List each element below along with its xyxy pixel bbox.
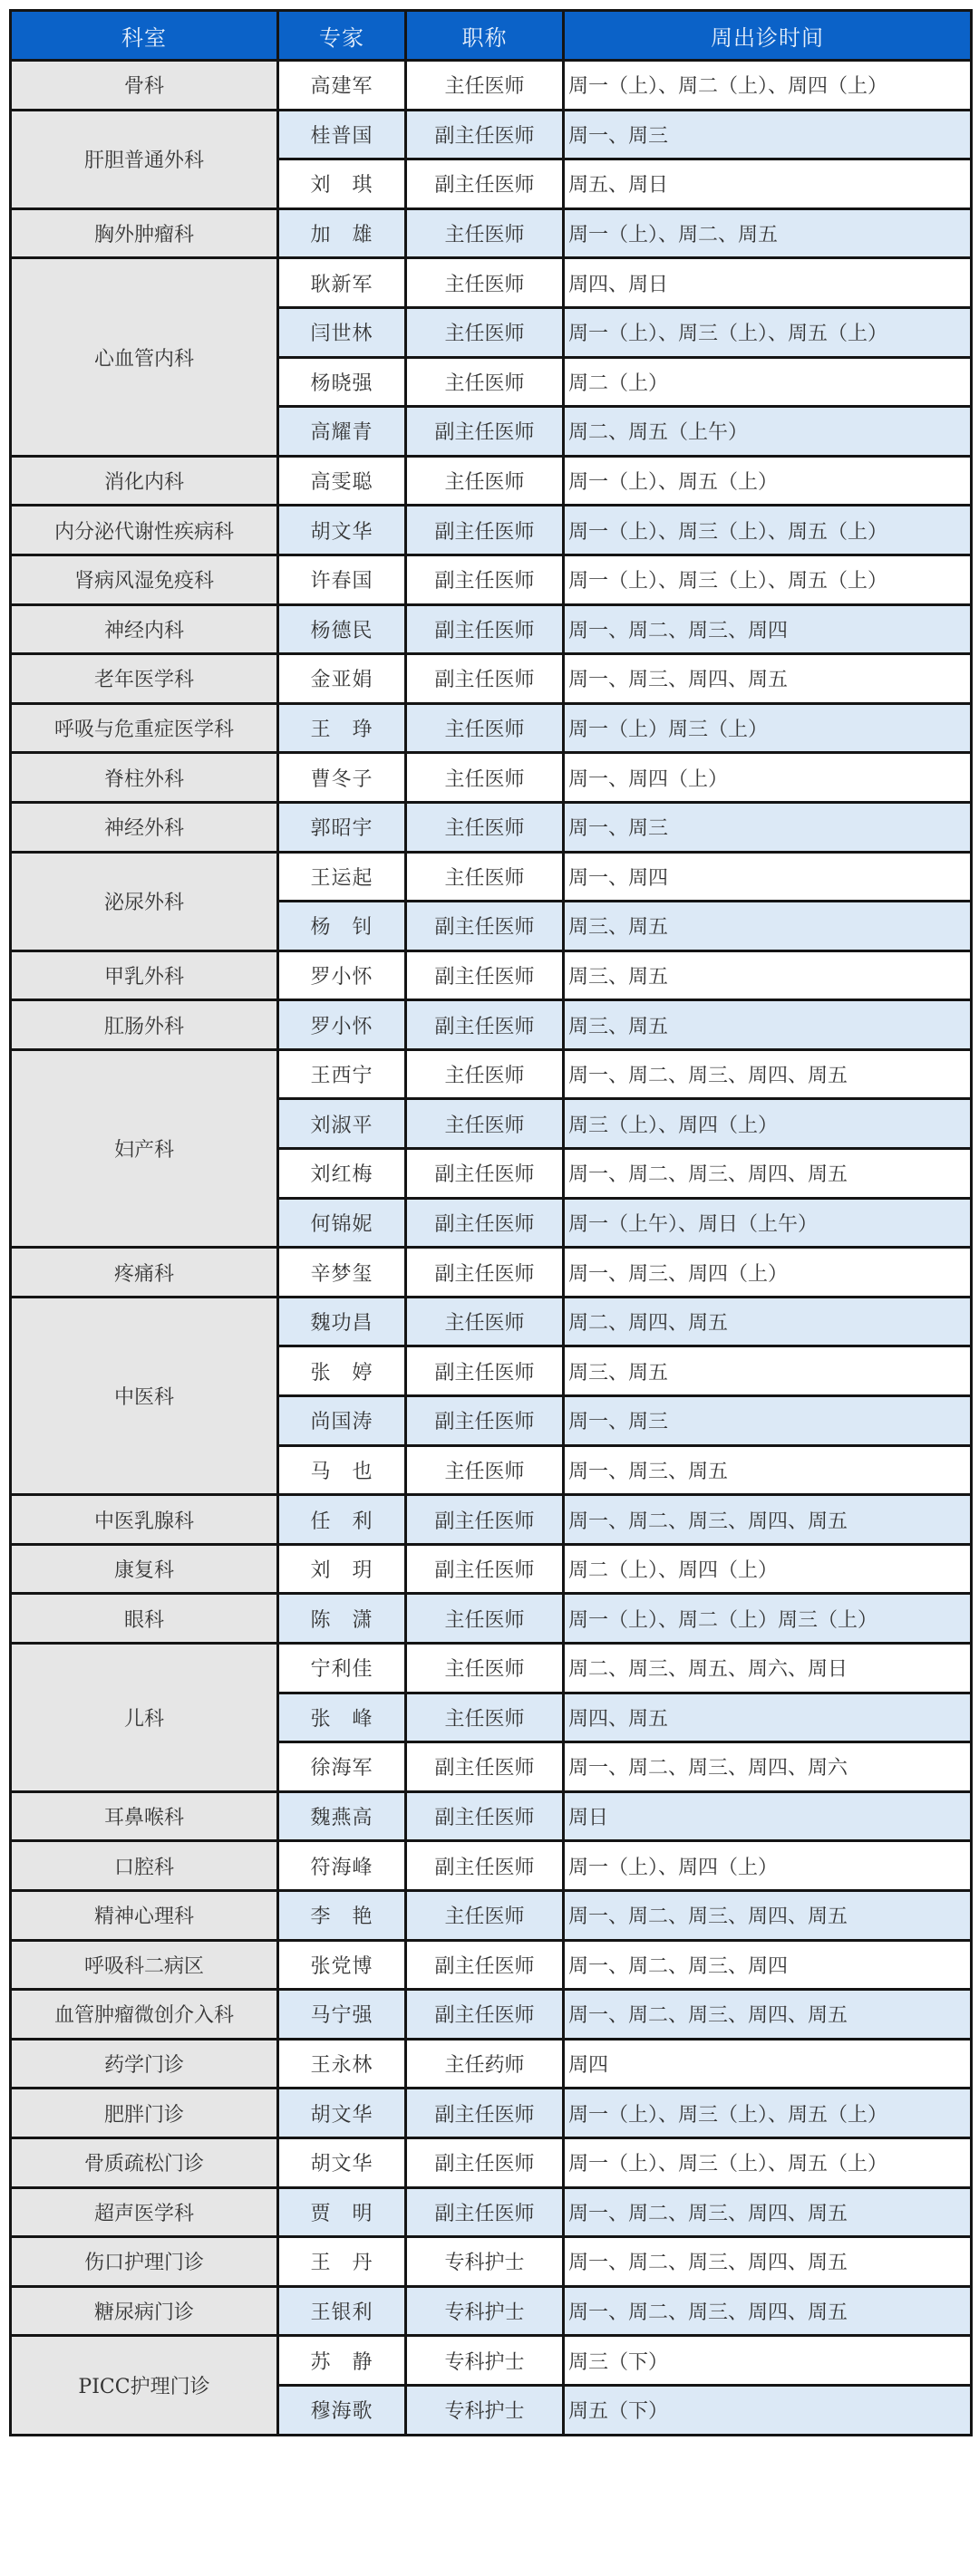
schedule-cell: 周一（上）、周三（上）、周五（上） <box>564 2089 972 2138</box>
schedule-cell: 周一、周三、周四、周五 <box>564 654 972 704</box>
expert-name-cell: 苏 静 <box>278 2336 406 2386</box>
expert-title-cell: 副主任医师 <box>406 1791 564 1841</box>
department-cell: 消化内科 <box>11 456 278 506</box>
expert-name-cell: 胡文华 <box>278 2089 406 2138</box>
expert-title-cell: 主任医师 <box>406 1693 564 1742</box>
schedule-cell: 周一（上）、周三（上）、周五（上） <box>564 506 972 555</box>
expert-title-cell: 副主任医师 <box>406 110 564 159</box>
table-row: 呼吸科二病区张党博副主任医师周一、周二、周三、周四 <box>11 1940 972 1990</box>
expert-title-cell: 专科护士 <box>406 2237 564 2287</box>
expert-name-cell: 马 也 <box>278 1445 406 1495</box>
department-cell: 超声医学科 <box>11 2187 278 2237</box>
schedule-cell: 周一、周二、周三、周四 <box>564 604 972 654</box>
expert-title-cell: 主任医师 <box>406 61 564 111</box>
table-row: 心血管内科耿新军主任医师周四、周日 <box>11 258 972 308</box>
schedule-cell: 周四 <box>564 2039 972 2089</box>
expert-name-cell: 王运起 <box>278 852 406 902</box>
expert-name-cell: 王 丹 <box>278 2237 406 2287</box>
expert-name-cell: 罗小怀 <box>278 950 406 1000</box>
expert-name-cell: 穆海歌 <box>278 2385 406 2435</box>
department-cell: 眼科 <box>11 1594 278 1644</box>
expert-title-cell: 主任医师 <box>406 703 564 753</box>
table-row: 疼痛科辛梦玺副主任医师周一、周三、周四（上） <box>11 1248 972 1298</box>
expert-title-cell: 副主任医师 <box>406 2187 564 2237</box>
expert-title-cell: 主任医师 <box>406 852 564 902</box>
expert-title-cell: 主任医师 <box>406 1049 564 1099</box>
schedule-cell: 周一（上）、周五（上） <box>564 456 972 506</box>
expert-name-cell: 刘 琪 <box>278 159 406 209</box>
expert-name-cell: 郭昭宇 <box>278 802 406 852</box>
table-row: 超声医学科贾 明副主任医师周一、周二、周三、周四、周五 <box>11 2187 972 2237</box>
table-row: PICC护理门诊苏 静专科护士周三（下） <box>11 2336 972 2386</box>
table-row: 肝胆普通外科桂普国副主任医师周一、周三 <box>11 110 972 159</box>
table-row: 骨科高建军主任医师周一（上）、周二（上）、周四（上） <box>11 61 972 111</box>
expert-name-cell: 高雯聪 <box>278 456 406 506</box>
schedule-cell: 周一（上）、周三（上）、周五（上） <box>564 2137 972 2187</box>
schedule-cell: 周一（上）、周二（上）、周四（上） <box>564 61 972 111</box>
table-row: 肥胖门诊胡文华副主任医师周一（上）、周三（上）、周五（上） <box>11 2089 972 2138</box>
expert-title-cell: 副主任医师 <box>406 555 564 604</box>
department-cell: 呼吸科二病区 <box>11 1940 278 1990</box>
table-row: 药学门诊王永林主任药师周四 <box>11 2039 972 2089</box>
expert-title-cell: 主任医师 <box>406 357 564 407</box>
department-cell: 肾病风湿免疫科 <box>11 555 278 604</box>
expert-title-cell: 主任医师 <box>406 1445 564 1495</box>
expert-title-cell: 副主任医师 <box>406 1396 564 1446</box>
schedule-cell: 周一、周二、周三、周四、周五 <box>564 1049 972 1099</box>
department-cell: 中医乳腺科 <box>11 1495 278 1545</box>
expert-name-cell: 加 雄 <box>278 208 406 258</box>
table-row: 胸外肿瘤科加 雄主任医师周一（上）、周二、周五 <box>11 208 972 258</box>
department-cell: 胸外肿瘤科 <box>11 208 278 258</box>
department-cell: 神经内科 <box>11 604 278 654</box>
schedule-cell: 周一、周三、周五 <box>564 1445 972 1495</box>
expert-title-cell: 副主任医师 <box>406 1940 564 1990</box>
table-row: 眼科陈 潇主任医师周一（上）、周二（上）周三（上） <box>11 1594 972 1644</box>
schedule-cell: 周一、周二、周三、周四、周五 <box>564 2187 972 2237</box>
header-schedule: 周出诊时间 <box>564 11 972 61</box>
expert-name-cell: 金亚娟 <box>278 654 406 704</box>
department-cell: 康复科 <box>11 1544 278 1594</box>
expert-name-cell: 张党博 <box>278 1940 406 1990</box>
expert-name-cell: 胡文华 <box>278 2137 406 2187</box>
table-row: 糖尿病门诊王银利专科护士周一、周二、周三、周四、周五 <box>11 2286 972 2336</box>
schedule-cell: 周一、周二、周三、周四、周五 <box>564 1990 972 2040</box>
department-cell: 耳鼻喉科 <box>11 1791 278 1841</box>
schedule-cell: 周三、周五 <box>564 1000 972 1050</box>
table-row: 中医科魏功昌主任医师周二、周四、周五 <box>11 1297 972 1346</box>
expert-title-cell: 主任医师 <box>406 753 564 803</box>
department-cell: 老年医学科 <box>11 654 278 704</box>
expert-title-cell: 主任医师 <box>406 208 564 258</box>
schedule-cell: 周一（上）、周四（上） <box>564 1841 972 1891</box>
table-row: 口腔科符海峰副主任医师周一（上）、周四（上） <box>11 1841 972 1891</box>
schedule-cell: 周三（下） <box>564 2336 972 2386</box>
expert-name-cell: 张 婷 <box>278 1346 406 1396</box>
schedule-cell: 周一（上）、周二、周五 <box>564 208 972 258</box>
expert-title-cell: 副主任医师 <box>406 159 564 209</box>
expert-title-cell: 主任医师 <box>406 1890 564 1940</box>
expert-title-cell: 副主任医师 <box>406 1149 564 1199</box>
expert-title-cell: 副主任医师 <box>406 506 564 555</box>
table-row: 脊柱外科曹冬子主任医师周一、周四（上） <box>11 753 972 803</box>
expert-title-cell: 主任医师 <box>406 1644 564 1693</box>
department-cell: 中医科 <box>11 1297 278 1494</box>
department-cell: 血管肿瘤微创介入科 <box>11 1990 278 2040</box>
table-row: 肛肠外科罗小怀副主任医师周三、周五 <box>11 1000 972 1050</box>
schedule-cell: 周一、周二、周三、周四、周六 <box>564 1742 972 1792</box>
expert-name-cell: 王 琤 <box>278 703 406 753</box>
department-cell: 甲乳外科 <box>11 950 278 1000</box>
schedule-cell: 周三、周五 <box>564 1346 972 1396</box>
expert-name-cell: 高耀青 <box>278 407 406 457</box>
expert-name-cell: 王银利 <box>278 2286 406 2336</box>
expert-title-cell: 副主任医师 <box>406 1742 564 1792</box>
table-row: 消化内科高雯聪主任医师周一（上）、周五（上） <box>11 456 972 506</box>
department-cell: 脊柱外科 <box>11 753 278 803</box>
expert-title-cell: 副主任医师 <box>406 1544 564 1594</box>
department-cell: 妇产科 <box>11 1049 278 1247</box>
schedule-cell: 周二、周五（上午） <box>564 407 972 457</box>
schedule-cell: 周日 <box>564 1791 972 1841</box>
table-row: 血管肿瘤微创介入科马宁强副主任医师周一、周二、周三、周四、周五 <box>11 1990 972 2040</box>
expert-name-cell: 杨晓强 <box>278 357 406 407</box>
expert-name-cell: 张 峰 <box>278 1693 406 1742</box>
department-cell: 药学门诊 <box>11 2039 278 2089</box>
expert-name-cell: 尚国涛 <box>278 1396 406 1446</box>
schedule-cell: 周一、周二、周三、周四、周五 <box>564 1890 972 1940</box>
department-cell: 骨科 <box>11 61 278 111</box>
expert-name-cell: 高建军 <box>278 61 406 111</box>
table-row: 儿科宁利佳主任医师周二、周三、周五、周六、周日 <box>11 1644 972 1693</box>
expert-name-cell: 任 利 <box>278 1495 406 1545</box>
table-row: 甲乳外科罗小怀副主任医师周三、周五 <box>11 950 972 1000</box>
schedule-cell: 周一、周二、周三、周四、周五 <box>564 2237 972 2287</box>
department-cell: 骨质疏松门诊 <box>11 2137 278 2187</box>
schedule-cell: 周一（上）、周三（上）、周五（上） <box>564 555 972 604</box>
expert-name-cell: 符海峰 <box>278 1841 406 1891</box>
department-cell: 伤口护理门诊 <box>11 2237 278 2287</box>
expert-title-cell: 主任药师 <box>406 2039 564 2089</box>
expert-title-cell: 副主任医师 <box>406 407 564 457</box>
expert-title-cell: 副主任医师 <box>406 1346 564 1396</box>
expert-name-cell: 桂普国 <box>278 110 406 159</box>
schedule-cell: 周五（下） <box>564 2385 972 2435</box>
expert-title-cell: 副主任医师 <box>406 2089 564 2138</box>
expert-name-cell: 何锦妮 <box>278 1198 406 1248</box>
schedule-cell: 周五、周日 <box>564 159 972 209</box>
table-row: 神经内科杨德民副主任医师周一、周二、周三、周四 <box>11 604 972 654</box>
table-row: 骨质疏松门诊胡文华副主任医师周一（上）、周三（上）、周五（上） <box>11 2137 972 2187</box>
expert-name-cell: 魏燕高 <box>278 1791 406 1841</box>
expert-title-cell: 副主任医师 <box>406 902 564 951</box>
department-cell: PICC护理门诊 <box>11 2336 278 2435</box>
expert-name-cell: 曹冬子 <box>278 753 406 803</box>
schedule-cell: 周一（上）、周三（上）、周五（上） <box>564 307 972 357</box>
header-row: 科室 专家 职称 周出诊时间 <box>11 11 972 61</box>
expert-name-cell: 魏功昌 <box>278 1297 406 1346</box>
expert-title-cell: 主任医师 <box>406 1594 564 1644</box>
schedule-cell: 周一、周四 <box>564 852 972 902</box>
department-cell: 肝胆普通外科 <box>11 110 278 208</box>
expert-title-cell: 副主任医师 <box>406 1000 564 1050</box>
expert-title-cell: 主任医师 <box>406 258 564 308</box>
table-row: 神经外科郭昭宇主任医师周一、周三 <box>11 802 972 852</box>
expert-name-cell: 刘淑平 <box>278 1099 406 1149</box>
expert-name-cell: 宁利佳 <box>278 1644 406 1693</box>
department-cell: 糖尿病门诊 <box>11 2286 278 2336</box>
header-title: 职称 <box>406 11 564 61</box>
expert-title-cell: 副主任医师 <box>406 1990 564 2040</box>
department-cell: 心血管内科 <box>11 258 278 456</box>
table-row: 内分泌代谢性疾病科胡文华副主任医师周一（上）、周三（上）、周五（上） <box>11 506 972 555</box>
table-row: 老年医学科金亚娟副主任医师周一、周三、周四、周五 <box>11 654 972 704</box>
schedule-cell: 周一（上）、周二（上）周三（上） <box>564 1594 972 1644</box>
table-row: 肾病风湿免疫科许春国副主任医师周一（上）、周三（上）、周五（上） <box>11 555 972 604</box>
schedule-cell: 周一、周三、周四（上） <box>564 1248 972 1298</box>
schedule-cell: 周一、周三 <box>564 802 972 852</box>
department-cell: 口腔科 <box>11 1841 278 1891</box>
expert-name-cell: 陈 潇 <box>278 1594 406 1644</box>
schedule-cell: 周一、周二、周三、周四、周五 <box>564 1149 972 1199</box>
expert-name-cell: 闫世林 <box>278 307 406 357</box>
schedule-cell: 周一、周二、周三、周四、周五 <box>564 2286 972 2336</box>
schedule-cell: 周三、周五 <box>564 950 972 1000</box>
expert-title-cell: 主任医师 <box>406 307 564 357</box>
schedule-cell: 周二、周四、周五 <box>564 1297 972 1346</box>
expert-name-cell: 王永林 <box>278 2039 406 2089</box>
schedule-cell: 周四、周五 <box>564 1693 972 1742</box>
schedule-cell: 周一、周四（上） <box>564 753 972 803</box>
expert-title-cell: 副主任医师 <box>406 1248 564 1298</box>
schedule-cell: 周一、周三 <box>564 110 972 159</box>
department-cell: 精神心理科 <box>11 1890 278 1940</box>
schedule-cell: 周二、周三、周五、周六、周日 <box>564 1644 972 1693</box>
expert-name-cell: 贾 明 <box>278 2187 406 2237</box>
expert-title-cell: 副主任医师 <box>406 2137 564 2187</box>
expert-name-cell: 刘红梅 <box>278 1149 406 1199</box>
expert-name-cell: 许春国 <box>278 555 406 604</box>
schedule-cell: 周三、周五 <box>564 902 972 951</box>
expert-title-cell: 主任医师 <box>406 456 564 506</box>
schedule-cell: 周三（上）、周四（上） <box>564 1099 972 1149</box>
expert-name-cell: 耿新军 <box>278 258 406 308</box>
department-cell: 疼痛科 <box>11 1248 278 1298</box>
expert-title-cell: 专科护士 <box>406 2385 564 2435</box>
department-cell: 呼吸与危重症医学科 <box>11 703 278 753</box>
expert-title-cell: 副主任医师 <box>406 1841 564 1891</box>
expert-name-cell: 杨德民 <box>278 604 406 654</box>
table-row: 精神心理科李 艳主任医师周一、周二、周三、周四、周五 <box>11 1890 972 1940</box>
schedule-cell: 周一、周三 <box>564 1396 972 1446</box>
schedule-cell: 周一（上午）、周日（上午） <box>564 1198 972 1248</box>
clinic-schedule-table: 科室 专家 职称 周出诊时间 骨科高建军主任医师周一（上）、周二（上）、周四（上… <box>9 9 973 2436</box>
expert-name-cell: 刘 玥 <box>278 1544 406 1594</box>
expert-title-cell: 主任医师 <box>406 802 564 852</box>
department-cell: 神经外科 <box>11 802 278 852</box>
expert-name-cell: 胡文华 <box>278 506 406 555</box>
department-cell: 内分泌代谢性疾病科 <box>11 506 278 555</box>
expert-name-cell: 杨 钊 <box>278 902 406 951</box>
expert-title-cell: 副主任医师 <box>406 604 564 654</box>
expert-name-cell: 马宁强 <box>278 1990 406 2040</box>
department-cell: 肛肠外科 <box>11 1000 278 1050</box>
department-cell: 儿科 <box>11 1644 278 1792</box>
expert-title-cell: 副主任医师 <box>406 654 564 704</box>
header-expert: 专家 <box>278 11 406 61</box>
table-row: 耳鼻喉科魏燕高副主任医师周日 <box>11 1791 972 1841</box>
table-row: 妇产科王西宁主任医师周一、周二、周三、周四、周五 <box>11 1049 972 1099</box>
expert-title-cell: 主任医师 <box>406 1297 564 1346</box>
expert-name-cell: 王西宁 <box>278 1049 406 1099</box>
table-row: 中医乳腺科任 利副主任医师周一、周二、周三、周四、周五 <box>11 1495 972 1545</box>
expert-title-cell: 副主任医师 <box>406 1198 564 1248</box>
expert-title-cell: 专科护士 <box>406 2336 564 2386</box>
expert-name-cell: 罗小怀 <box>278 1000 406 1050</box>
schedule-cell: 周一、周二、周三、周四、周五 <box>564 1495 972 1545</box>
table-header: 科室 专家 职称 周出诊时间 <box>11 11 972 61</box>
schedule-cell: 周一（上）周三（上） <box>564 703 972 753</box>
expert-title-cell: 副主任医师 <box>406 950 564 1000</box>
schedule-cell: 周一、周二、周三、周四 <box>564 1940 972 1990</box>
schedule-cell: 周四、周日 <box>564 258 972 308</box>
table-row: 康复科刘 玥副主任医师周二（上）、周四（上） <box>11 1544 972 1594</box>
department-cell: 肥胖门诊 <box>11 2089 278 2138</box>
schedule-cell: 周二（上） <box>564 357 972 407</box>
table-row: 泌尿外科王运起主任医师周一、周四 <box>11 852 972 902</box>
table-body: 骨科高建军主任医师周一（上）、周二（上）、周四（上）肝胆普通外科桂普国副主任医师… <box>11 61 972 2436</box>
schedule-cell: 周二（上）、周四（上） <box>564 1544 972 1594</box>
expert-name-cell: 李 艳 <box>278 1890 406 1940</box>
expert-title-cell: 专科护士 <box>406 2286 564 2336</box>
department-cell: 泌尿外科 <box>11 852 278 950</box>
expert-title-cell: 副主任医师 <box>406 1495 564 1545</box>
expert-name-cell: 徐海军 <box>278 1742 406 1792</box>
header-department: 科室 <box>11 11 278 61</box>
table-row: 伤口护理门诊王 丹专科护士周一、周二、周三、周四、周五 <box>11 2237 972 2287</box>
table-row: 呼吸与危重症医学科王 琤主任医师周一（上）周三（上） <box>11 703 972 753</box>
expert-title-cell: 主任医师 <box>406 1099 564 1149</box>
expert-name-cell: 辛梦玺 <box>278 1248 406 1298</box>
